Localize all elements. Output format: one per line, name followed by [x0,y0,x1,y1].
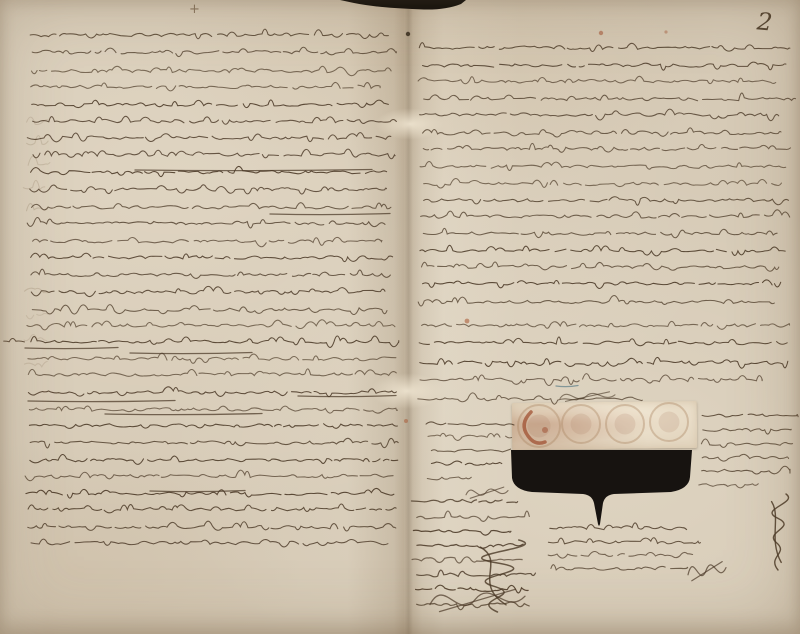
stain-dot [404,419,408,423]
manuscript-scan: 2 + [0,0,800,634]
stain-dot [406,32,410,36]
signature-block-center-bottom [548,523,700,570]
flourish-below-michal-block [466,487,508,498]
top-margin-cross-mark: + [189,2,200,17]
bleedthrough-left-margin-upper [23,117,50,211]
manuscript-spread: 2 + [0,0,800,634]
torn-edge-notch [340,0,466,10]
right-page-text-lower [418,321,790,404]
stain-dot [664,30,667,33]
ink-layer [0,0,800,634]
stain-dot [465,319,470,324]
wax-seals [518,403,688,447]
flourish-center-bottom [688,562,726,581]
page-number: 2 [756,7,774,36]
redaction-mark [511,450,692,526]
flourish-lower-left-small [430,589,525,611]
signature-block-lower-left [411,499,535,609]
signature-block-left-of-seals [426,422,514,480]
signature-flourish-right [772,494,789,570]
attestation-note-right [699,414,798,488]
stain-dot [599,31,603,35]
bleedthrough-left-margin-lower [24,288,49,367]
left-page-text-upper [27,29,396,314]
left-margin-annotation [4,339,25,342]
right-page-text-upper [418,43,795,306]
